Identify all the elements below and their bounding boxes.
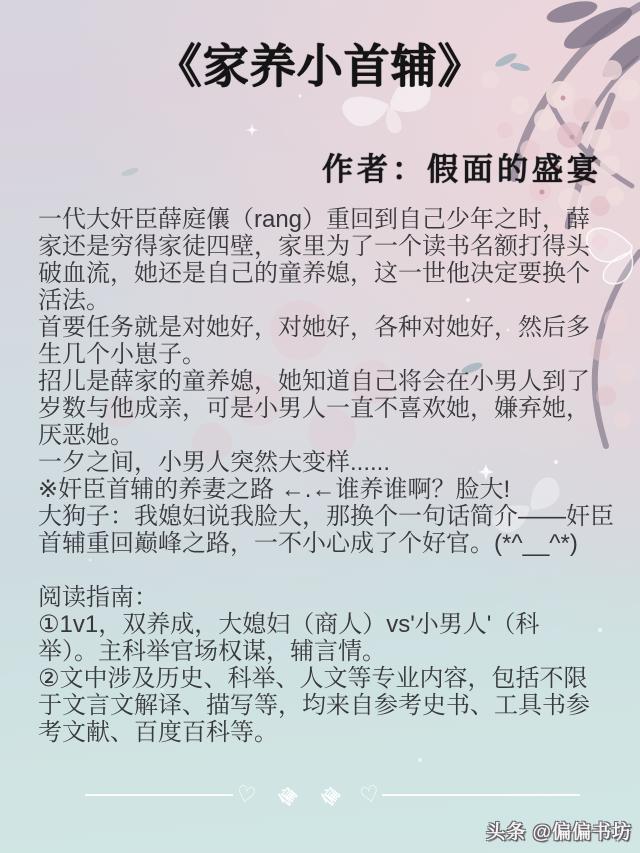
body-line: 家还是穷得家徒四壁，家里为了一个读书名额打得头 bbox=[38, 233, 614, 260]
body-line: 一夕之间，小男人突然大变样...... bbox=[38, 449, 614, 476]
body-line: 岁数与他成亲，可是小男人一直不喜欢她，嫌弃她， bbox=[38, 395, 614, 422]
body-line: ※奸臣首辅的养妻之路 ←.←谁养谁啊？脸大! bbox=[38, 476, 614, 503]
watermark-badge: 头条 @偏偏书坊 bbox=[486, 817, 632, 844]
body-line: 招儿是薛家的童养媳，她知道自己将会在小男人到了 bbox=[38, 368, 614, 395]
body-line: 生几个小崽子。 bbox=[38, 341, 614, 368]
book-summary: 一代大奸臣薛庭儴（rang）重回到自己少年之时，薛 家还是穷得家徒四壁，家里为了… bbox=[38, 206, 614, 746]
body-line: 阅读指南： bbox=[38, 584, 614, 611]
body-line: 举）。主科举官场权谋，辅言情。 bbox=[38, 638, 614, 665]
heart-icon: ♡ bbox=[357, 782, 381, 808]
body-line: ②文中涉及历史、科举、人文等专业内容，包括不限 bbox=[38, 665, 614, 692]
divider-word-char: 偏 bbox=[271, 780, 301, 809]
divider-line-right bbox=[382, 794, 580, 796]
body-line: 首要任务就是对她好，对她好，各种对她好，然后多 bbox=[38, 314, 614, 341]
book-intro-card: { "page": { "title": "《家养小首辅》", "author_… bbox=[0, 0, 640, 853]
body-line-blank bbox=[38, 557, 614, 584]
author-line: 作者：假面的盛宴 bbox=[0, 144, 602, 189]
divider-word-char: 偏 bbox=[314, 780, 344, 809]
body-line: 厌恶她。 bbox=[38, 422, 614, 449]
body-line: 于文言文解译、描写等，均来自参考史书、工具书参 bbox=[38, 692, 614, 719]
divider-line-left bbox=[85, 794, 233, 796]
body-line: 首辅重回巅峰之路，一不小心成了个好官。(*^__^*) bbox=[38, 530, 614, 557]
book-title: 《家养小首辅》 bbox=[0, 30, 640, 96]
body-line: 破血流，她还是自己的童养媳，这一世他决定要换个 bbox=[38, 260, 614, 287]
heart-icon: ♡ bbox=[234, 782, 258, 808]
section-divider: ♡ 偏 偏 ♡ bbox=[85, 782, 580, 808]
body-line: 考文献、百度百科等。 bbox=[38, 719, 614, 746]
body-line: ①1v1，双养成，大媳妇（商人）vs'小男人'（科 bbox=[38, 611, 614, 638]
body-line: 活法。 bbox=[38, 287, 614, 314]
body-line: 大狗子：我媳妇说我脸大，那换个一句话简介——奸臣 bbox=[38, 503, 614, 530]
body-line: 一代大奸臣薛庭儴（rang）重回到自己少年之时，薛 bbox=[38, 206, 614, 233]
